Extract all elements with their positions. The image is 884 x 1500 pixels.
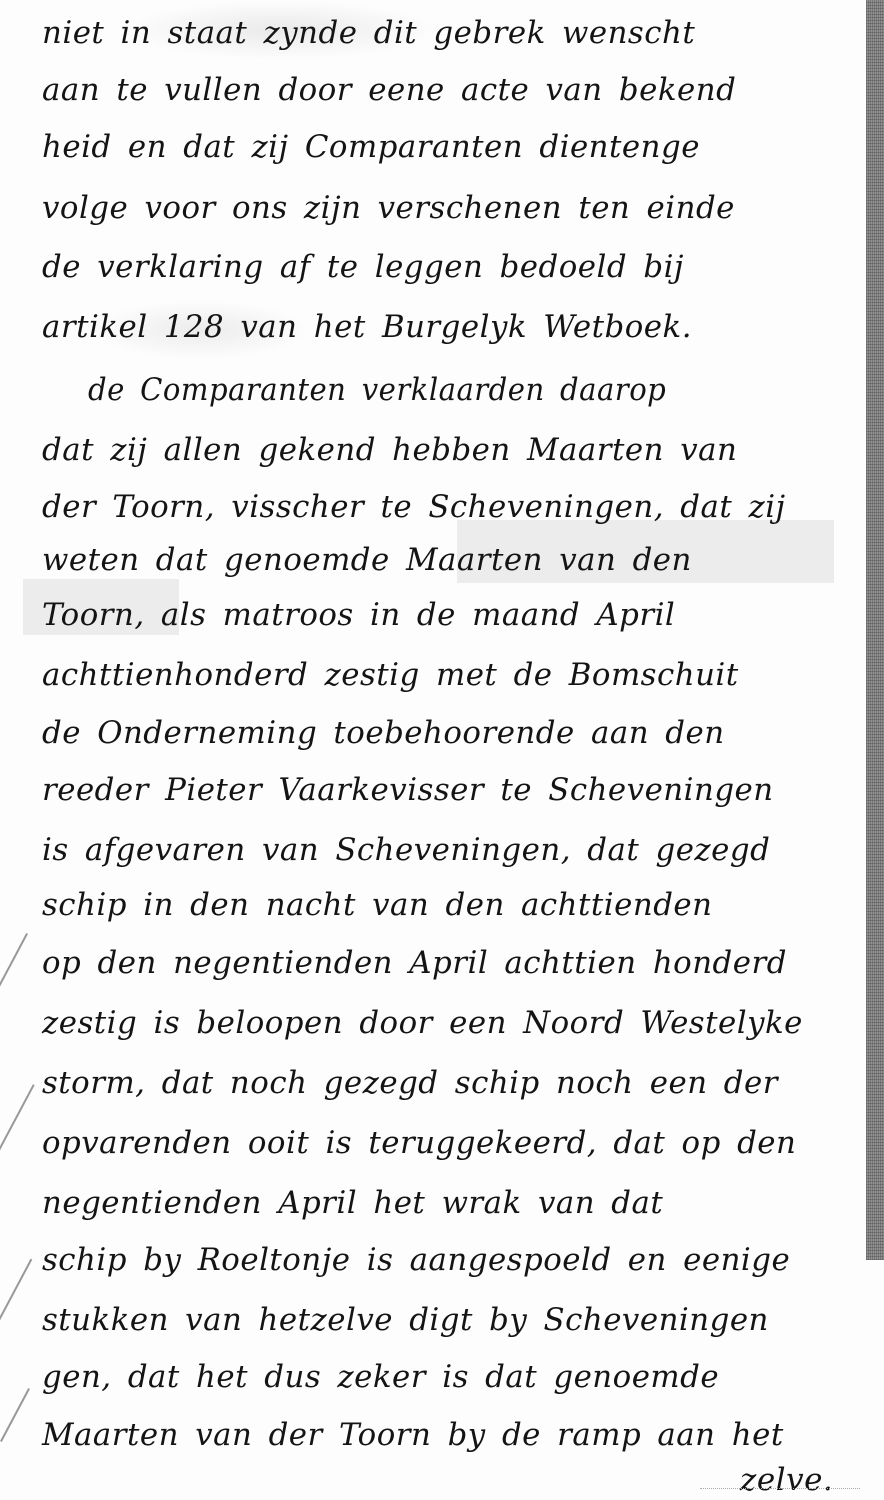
text-line-18: zestig is beloopen door een Noord Westel…	[42, 1008, 857, 1039]
margin-stroke	[0, 1259, 32, 1322]
text-line-17: op den negentienden April achttien honde…	[42, 948, 857, 979]
margin-stroke	[0, 1084, 35, 1156]
text-line-6: artikel 128 van het Burgelyk Wetboek.	[42, 312, 857, 343]
text-line-16: schip in den nacht van den achttienden	[42, 890, 857, 921]
text-line-14: reeder Pieter Vaarkevisser te Schevening…	[42, 775, 857, 806]
text-line-13: de Onderneming toebehoorende aan den	[42, 718, 857, 749]
text-line-22: schip by Roeltonje is aangespoeld en een…	[42, 1245, 857, 1276]
text-line-11: Toorn, als matroos in de maand April	[42, 600, 857, 631]
text-line-3: heid en dat zij Comparanten dientenge	[42, 132, 857, 163]
text-line-4: volge voor ons zijn verschenen ten einde	[42, 193, 857, 224]
text-line-2: aan te vullen door eene acte van bekend	[42, 75, 857, 106]
text-line-24: gen, dat het dus zeker is dat genoemde	[42, 1362, 857, 1393]
text-line-9: der Toorn, visscher te Scheveningen, dat…	[42, 492, 857, 523]
text-line-1: niet in staat zynde dit gebrek wenscht	[42, 18, 857, 49]
text-line-23: stukken van hetzelve digt by Scheveninge…	[42, 1305, 857, 1336]
catchword: zelve.	[740, 1465, 860, 1496]
page-edge-shadow	[866, 0, 884, 1260]
text-line-20: opvarenden ooit is teruggekeerd, dat op …	[42, 1128, 857, 1159]
document-page: niet in staat zynde dit gebrek wenscht a…	[0, 0, 884, 1500]
text-line-12: achttienhonderd zestig met de Bomschuit	[42, 660, 857, 691]
text-line-19: storm, dat noch gezegd schip noch een de…	[42, 1068, 857, 1099]
text-line-25: Maarten van der Toorn by de ramp aan het	[42, 1420, 857, 1451]
text-line-5: de verklaring af te leggen bedoeld bij	[42, 252, 857, 283]
margin-stroke	[0, 933, 28, 987]
text-line-8: dat zij allen gekend hebben Maarten van	[42, 435, 857, 466]
text-line-15: is afgevaren van Scheveningen, dat gezeg…	[42, 835, 857, 866]
page-bottom-edge	[700, 1488, 860, 1490]
text-line-7: de Comparanten verklaarden daarop	[88, 375, 858, 406]
text-line-21: negentienden April het wrak van dat	[42, 1188, 857, 1219]
margin-stroke	[0, 1388, 30, 1442]
text-line-10: weten dat genoemde Maarten van den	[42, 545, 857, 576]
